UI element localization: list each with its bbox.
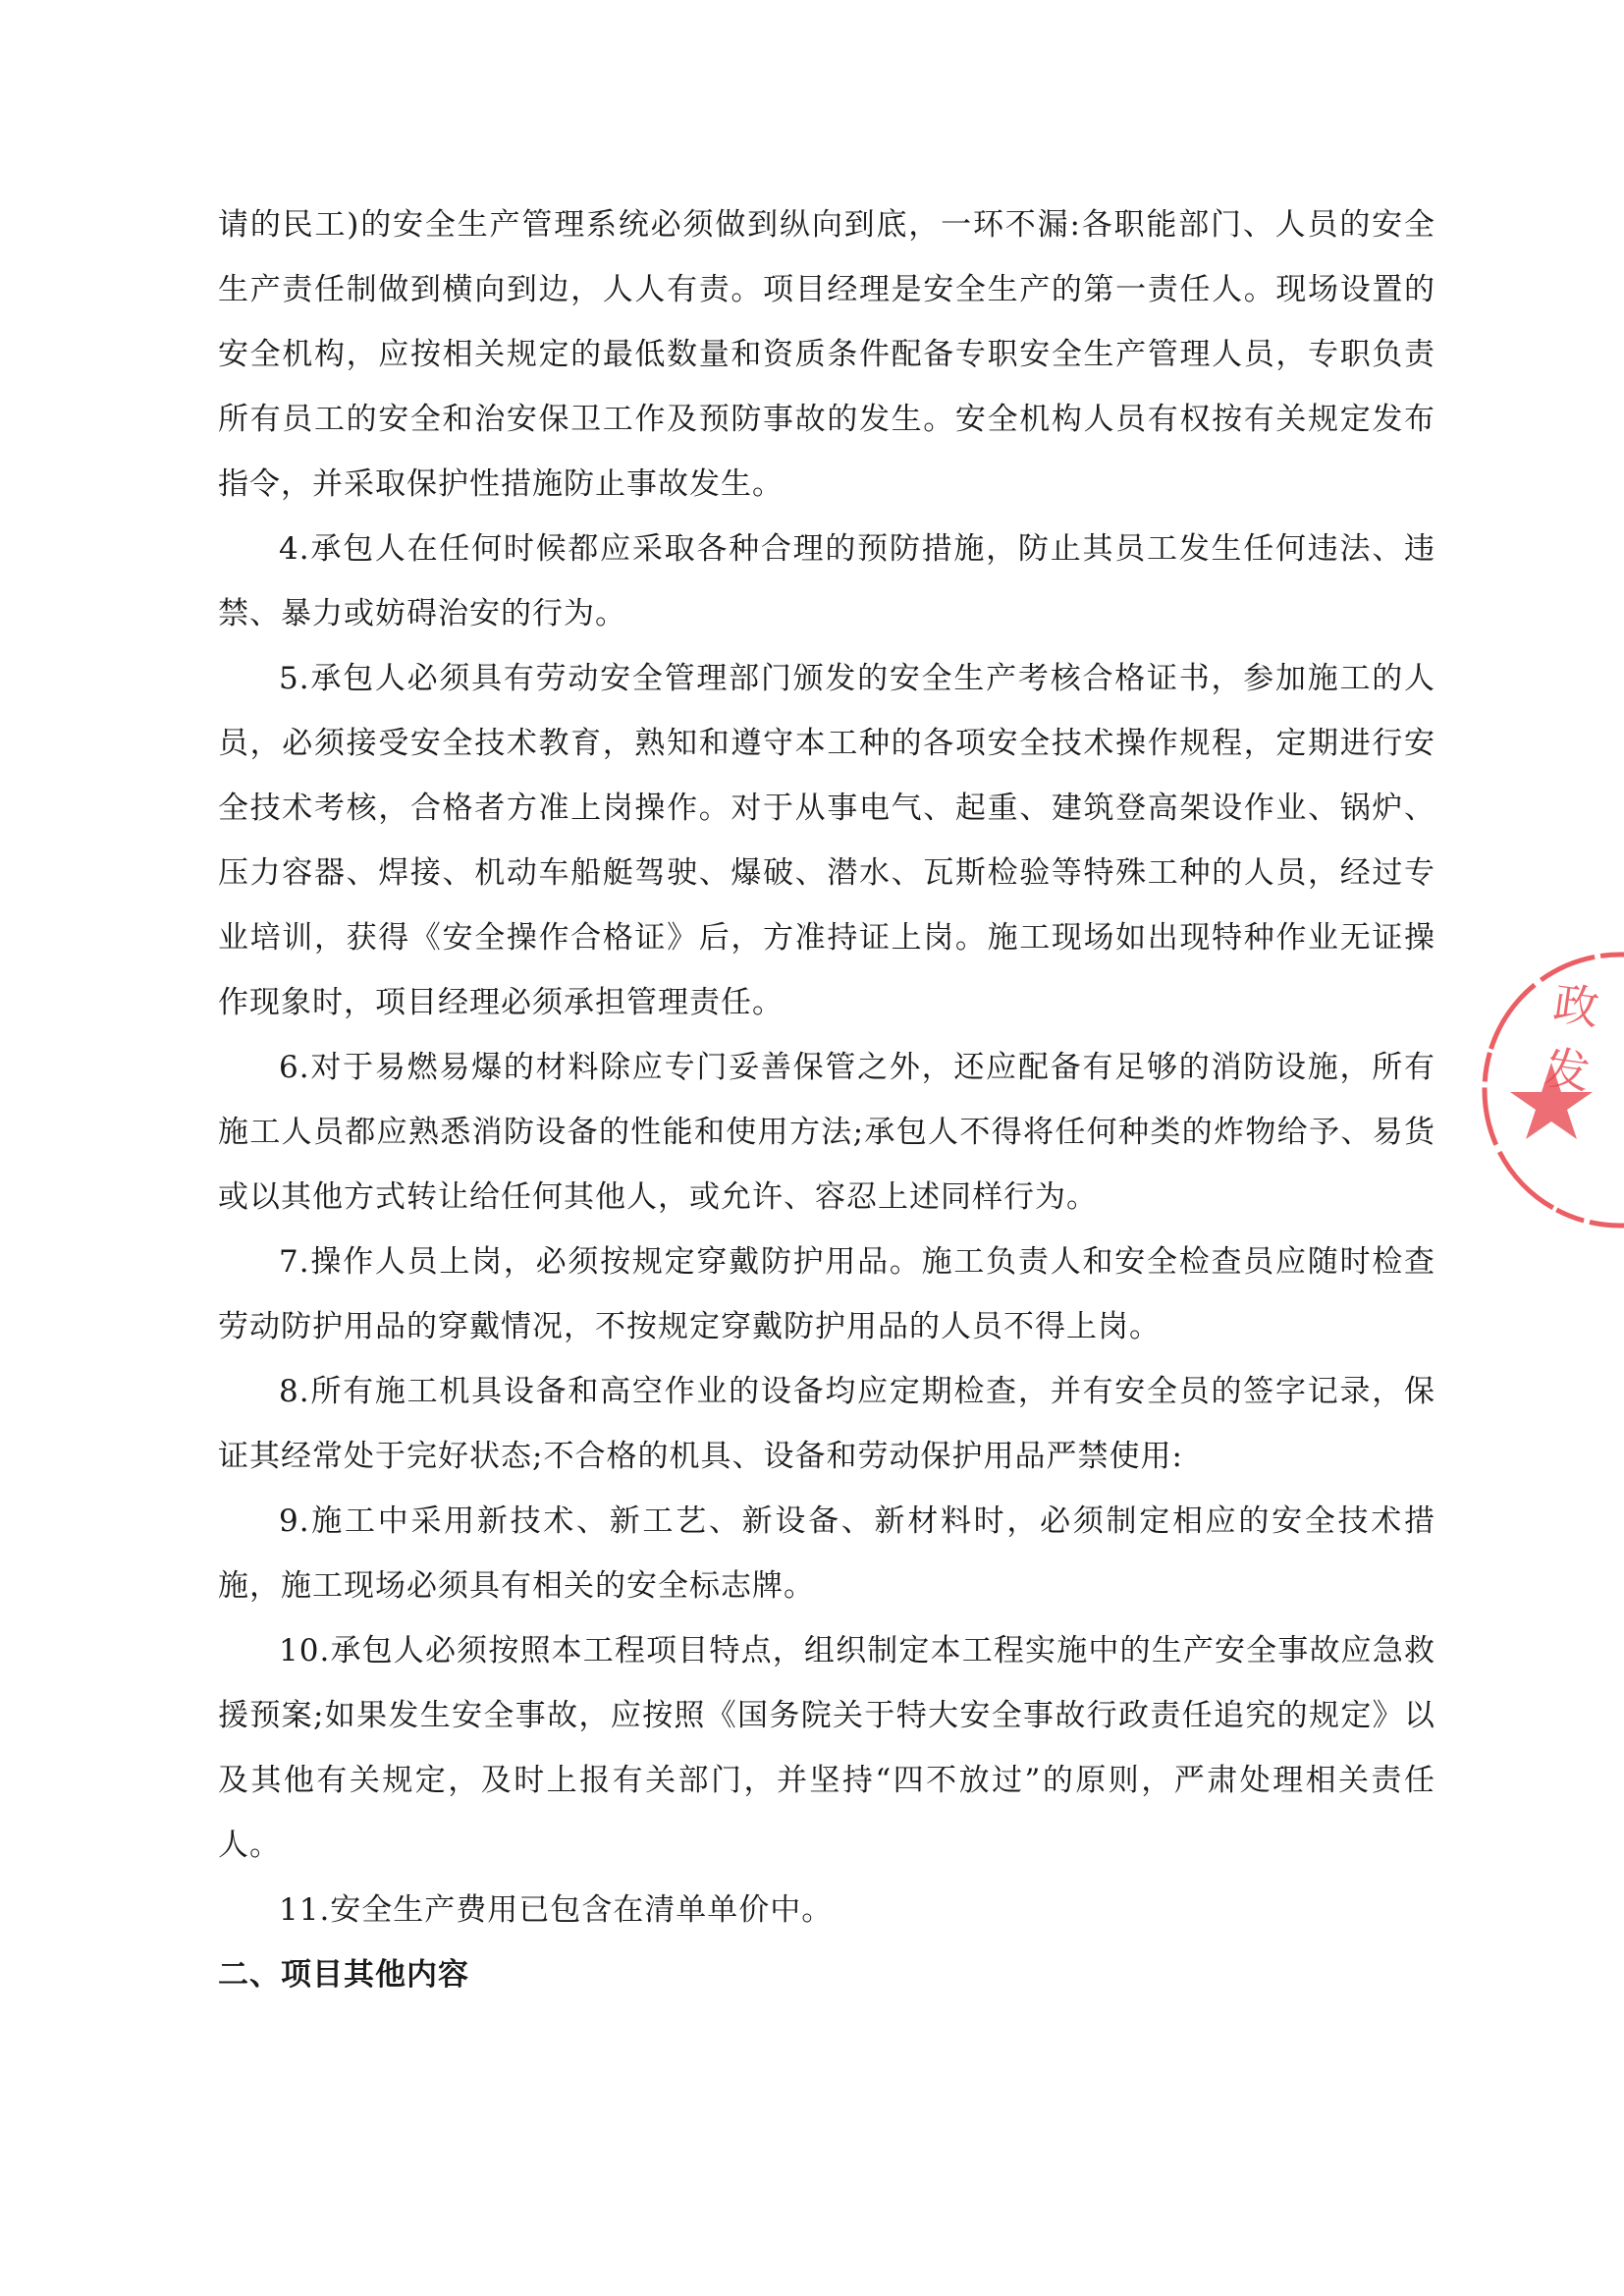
paragraph-continued: 请的民工)的安全生产管理系统必须做到纵向到底，一环不漏:各职能部门、人员的安全生… — [218, 192, 1435, 517]
paragraph-item-8: 8.所有施工机具设备和高空作业的设备均应定期检查，并有安全员的签字记录，保证其经… — [218, 1359, 1435, 1489]
paragraph-item-7: 7.操作人员上岗，必须按规定穿戴防护用品。施工负责人和安全检查员应随时检查劳动防… — [218, 1230, 1435, 1359]
paragraph-item-11: 11.安全生产费用已包含在清单单价中。 — [218, 1878, 1435, 1942]
paragraph-item-6: 6.对于易燃易爆的材料除应专门妥善保管之外，还应配备有足够的消防设施，所有施工人… — [218, 1035, 1435, 1230]
seal-text: 政发 — [1541, 967, 1624, 1106]
paragraph-item-4: 4.承包人在任何时候都应采取各种合理的预防措施，防止其员工发生任何违法、违禁、暴… — [218, 517, 1435, 646]
document-page: 请的民工)的安全生产管理系统必须做到纵向到底，一环不漏:各职能部门、人员的安全生… — [218, 192, 1435, 2007]
paragraph-item-9: 9.施工中采用新技术、新工艺、新设备、新材料时，必须制定相应的安全技术措施，施工… — [218, 1489, 1435, 1618]
section-heading: 二、项目其他内容 — [218, 1942, 1435, 2007]
paragraph-item-10: 10.承包人必须按照本工程项目特点，组织制定本工程实施中的生产安全事故应急救援预… — [218, 1618, 1435, 1878]
paragraph-item-5: 5.承包人必须具有劳动安全管理部门颁发的安全生产考核合格证书，参加施工的人员，必… — [218, 646, 1435, 1035]
